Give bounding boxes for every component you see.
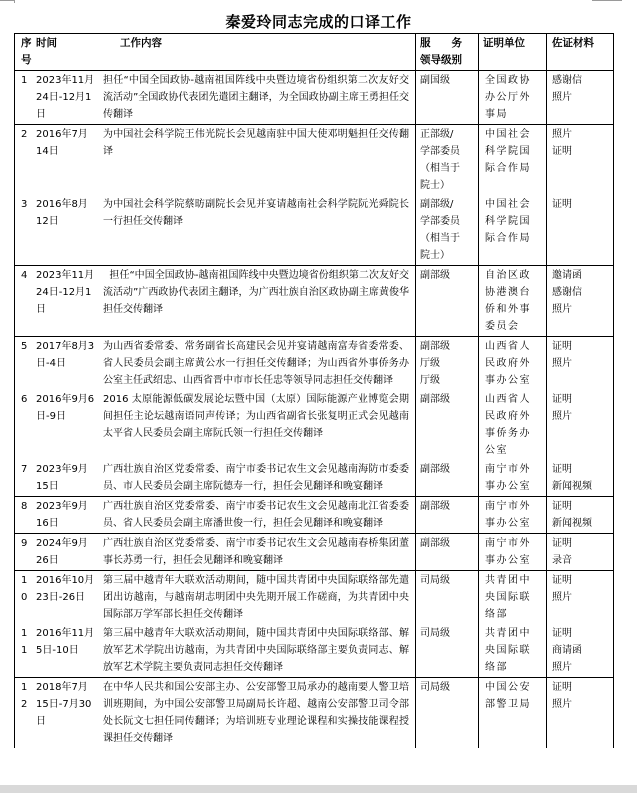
cell-work-content: 为山西省委常委、常务副省长高建民会见并宴请越南富寿省委常委、省人民委员会副主席黄… xyxy=(100,337,416,390)
cell-date: 2023年9月 16日 xyxy=(32,497,100,533)
table-row: 9 2024年9月 26日 广西壮族自治区党委常委、南宁市委书记农生文会见越南春… xyxy=(15,534,613,571)
page-bottom-edge xyxy=(0,785,637,793)
cell-supporting-material: 照片 证明 xyxy=(547,125,613,195)
cell-work-content: 为中国社会科学院王伟光院长会见越南驻中国大使邓明魁担任交传翻译 xyxy=(100,125,416,195)
cell-serial-number: 6 xyxy=(15,390,32,460)
cell-work-content: 在中华人民共和国公安部主办、公安部警卫局承办的越南要人警卫培训班期间，为中国公安… xyxy=(100,678,416,748)
table-row: 8 2023年9月 16日 广西壮族自治区党委常委、南宁市委书记农生文会见越南北… xyxy=(15,497,613,534)
table-row: 7 2023年9月 15日 广西壮族自治区党委常委、南宁市委书记农生文会见越南海… xyxy=(15,460,613,497)
cell-service-level: 司局级 xyxy=(416,678,479,748)
cell-work-content: 担任“中国全国政协-越南祖国阵线中央暨边境省份组织第二次友好交流活动”广西政协代… xyxy=(100,266,416,336)
table-row: 1 2023年11月 24日-12月1 日 担任“中国全国政协-越南祖国阵线中央… xyxy=(15,71,613,125)
cell-serial-number: 12 xyxy=(15,678,32,748)
cell-service-level: 副部级/ 学部委员 （相当于 院士） xyxy=(416,195,479,265)
cell-service-level: 副部级 xyxy=(416,497,479,533)
cell-date: 2024年9月 26日 xyxy=(32,534,100,570)
cell-date: 2016年10月 23日-26日 xyxy=(32,571,100,624)
cell-serial-number: 10 xyxy=(15,571,32,624)
cell-service-level: 副部级 xyxy=(416,460,479,496)
cell-serial-number: 8 xyxy=(15,497,32,533)
cell-date: 2016年7月 14日 xyxy=(32,125,100,195)
interpretation-work-table: 序 号 时间 工作内容 服 务 领导级别 证明单位 佐证材料 1 2023年11… xyxy=(14,33,614,748)
cell-serial-number: 7 xyxy=(15,460,32,496)
cell-date: 2016年9月6 日-9日 xyxy=(32,390,100,460)
cell-service-level: 副部级 xyxy=(416,266,479,336)
cell-serial-number: 5 xyxy=(15,337,32,390)
header-date: 时间 xyxy=(32,34,100,70)
cell-supporting-material: 证明 商请函 照片 xyxy=(547,624,613,677)
cell-service-level: 正部级/ 学部委员 （相当于 院士） xyxy=(416,125,479,195)
cell-work-content: 广西壮族自治区党委常委、南宁市委书记农生文会见越南春桥集团董事长苏勇一行，担任会… xyxy=(100,534,416,570)
header-service-level: 服 务 领导级别 xyxy=(416,34,479,70)
cell-date: 2023年11月 24日-12月1 日 xyxy=(32,266,100,336)
cell-date: 2017年8月3 日-4日 xyxy=(32,337,100,390)
table-row: 6 2016年9月6 日-9日 2016 太原能源低碳发展论坛暨中国（太原）国际… xyxy=(15,390,613,460)
cell-certifying-unit: 中国公安部警卫局 xyxy=(479,678,547,748)
header-certifying-unit: 证明单位 xyxy=(479,34,547,70)
cell-supporting-material: 证明 新闻视频 xyxy=(547,460,613,496)
crop-mark-top-right xyxy=(592,0,622,1)
cell-certifying-unit: 中国社会科学院国际合作局 xyxy=(479,195,547,265)
header-supporting-material: 佐证材料 xyxy=(547,34,613,70)
cell-serial-number: 3 xyxy=(15,195,32,265)
cell-certifying-unit: 共青团中央国际联络部 xyxy=(479,571,547,624)
cell-date: 2023年11月 24日-12月1 日 xyxy=(32,71,100,124)
cell-serial-number: 2 xyxy=(15,125,32,195)
cell-date: 2016年11月 5日-10日 xyxy=(32,624,100,677)
cell-serial-number: 9 xyxy=(15,534,32,570)
cell-service-level: 副部级 xyxy=(416,534,479,570)
cell-certifying-unit: 南宁市外事办公室 xyxy=(479,497,547,533)
cell-supporting-material: 证明 新闻视频 xyxy=(547,497,613,533)
cell-date: 2023年9月 15日 xyxy=(32,460,100,496)
cell-work-content: 第三届中越青年大联欢活动期间，随中国共青团中央国际联络部、解放军艺术学院出访越南… xyxy=(100,624,416,677)
cell-service-level: 副部级 厅级 厅级 xyxy=(416,337,479,390)
cell-serial-number: 1 xyxy=(15,71,32,124)
table-row: 3 2016年8月 12日 为中国社会科学院蔡昉副院长会见并宴请越南社会科学院阮… xyxy=(15,195,613,266)
cell-date: 2018年7月 15日-7月30 日 xyxy=(32,678,100,748)
crop-mark-top-left-v xyxy=(14,0,15,3)
cell-certifying-unit: 山西省人民政府外事办公室 xyxy=(479,337,547,390)
table-row: 10 2016年10月 23日-26日 第三届中越青年大联欢活动期间，随中国共青… xyxy=(15,571,613,624)
cell-supporting-material: 感谢信 照片 xyxy=(547,71,613,124)
document-title: 秦爱玲同志完成的口译工作 xyxy=(0,11,637,32)
cell-work-content: 第三届中越青年大联欢活动期间，随中国共青团中央国际联络部先遣团出访越南，与越南胡… xyxy=(100,571,416,624)
cell-supporting-material: 证明 xyxy=(547,195,613,265)
cell-service-level: 副部级 xyxy=(416,390,479,460)
cell-date: 2016年8月 12日 xyxy=(32,195,100,265)
cell-certifying-unit: 山西省人民政府外事侨务办公室 xyxy=(479,390,547,460)
table-row: 2 2016年7月 14日 为中国社会科学院王伟光院长会见越南驻中国大使邓明魁担… xyxy=(15,125,613,195)
cell-supporting-material: 邀请函 感谢信 照片 xyxy=(547,266,613,336)
cell-work-content: 广西壮族自治区党委常委、南宁市委书记农生文会见越南海防市委委员、市人民委员会副主… xyxy=(100,460,416,496)
table-row: 12 2018年7月 15日-7月30 日 在中华人民共和国公安部主办、公安部警… xyxy=(15,678,613,748)
cell-supporting-material: 证明 照片 xyxy=(547,571,613,624)
cell-service-level: 副国级 xyxy=(416,71,479,124)
cell-certifying-unit: 南宁市外事办公室 xyxy=(479,460,547,496)
cell-certifying-unit: 共青团中央国际联络部 xyxy=(479,624,547,677)
cell-supporting-material: 证明 照片 xyxy=(547,390,613,460)
cell-certifying-unit: 全国政协办公厅外事局 xyxy=(479,71,547,124)
crop-mark-top-left xyxy=(0,0,14,1)
cell-work-content: 为中国社会科学院蔡昉副院长会见并宴请越南社会科学院阮光舜院长一行担任交传翻译 xyxy=(100,195,416,265)
cell-supporting-material: 证明 录音 xyxy=(547,534,613,570)
cell-service-level: 司局级 xyxy=(416,571,479,624)
cell-supporting-material: 证明 照片 xyxy=(547,337,613,390)
cell-service-level: 司局级 xyxy=(416,624,479,677)
cell-work-content: 2016 太原能源低碳发展论坛暨中国（太原）国际能源产业博览会期间担任主论坛越南… xyxy=(100,390,416,460)
cell-certifying-unit: 南宁市外事办公室 xyxy=(479,534,547,570)
cell-certifying-unit: 自治区政协港澳台侨和外事委员会 xyxy=(479,266,547,336)
cell-supporting-material: 证明 照片 xyxy=(547,678,613,748)
cell-certifying-unit: 中国社会科学院国际合作局 xyxy=(479,125,547,195)
cell-work-content: 担任“中国全国政协-越南祖国阵线中央暨边境省份组织第二次友好交流活动”全国政协代… xyxy=(100,71,416,124)
header-serial-number: 序 号 xyxy=(15,34,32,70)
table-row: 5 2017年8月3 日-4日 为山西省委常委、常务副省长高建民会见并宴请越南富… xyxy=(15,337,613,390)
cell-serial-number: 11 xyxy=(15,624,32,677)
table-row: 4 2023年11月 24日-12月1 日 担任“中国全国政协-越南祖国阵线中央… xyxy=(15,266,613,337)
cell-work-content: 广西壮族自治区党委常委、南宁市委书记农生文会见越南北江省委委员、省人民委员会副主… xyxy=(100,497,416,533)
header-work-content: 工作内容 xyxy=(100,34,416,70)
table-row: 11 2016年11月 5日-10日 第三届中越青年大联欢活动期间，随中国共青团… xyxy=(15,624,613,678)
cell-serial-number: 4 xyxy=(15,266,32,336)
table-header-row: 序 号 时间 工作内容 服 务 领导级别 证明单位 佐证材料 xyxy=(15,34,613,71)
